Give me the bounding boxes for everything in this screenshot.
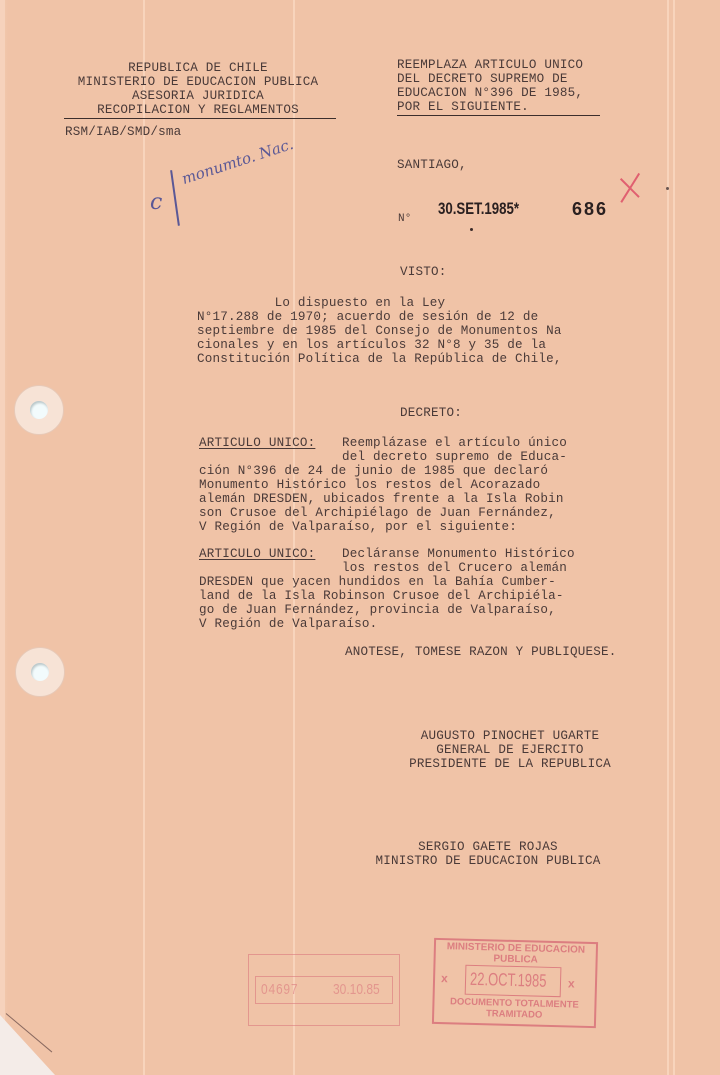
date-stamp: 30.SET.1985* bbox=[438, 199, 519, 219]
article-line: V Región de Valparaíso. bbox=[199, 617, 377, 632]
header-line: MINISTERIO DE EDUCACION PUBLICA bbox=[58, 75, 338, 90]
stamp-date: 30.10.85 bbox=[333, 981, 380, 998]
stamp-footer: DOCUMENTO TOTALMENTE TRAMITADO bbox=[434, 996, 595, 1022]
received-stamp: 04697 30.10.85 bbox=[248, 954, 400, 1026]
visto-line: cionales y en los artículos 32 N°8 y 35 … bbox=[197, 338, 546, 353]
signature-line: SERGIO GAETE ROJAS bbox=[358, 840, 618, 855]
visto-line: N°17.288 de 1970; acuerdo de sesión de 1… bbox=[197, 310, 538, 325]
punch-hole bbox=[14, 385, 64, 435]
header-line: ASESORIA JURIDICA bbox=[58, 89, 338, 104]
article-line: Decláranse Monumento Histórico bbox=[342, 547, 575, 562]
subject-rule bbox=[397, 115, 600, 116]
stamp-mark: x bbox=[441, 971, 448, 985]
place: SANTIAGO, bbox=[397, 158, 467, 173]
paper-fold bbox=[673, 0, 675, 1075]
visto-line: Constitución Política de la República de… bbox=[197, 352, 562, 367]
signature-line: MINISTRO DE EDUCACION PUBLICA bbox=[358, 854, 618, 869]
header-rule bbox=[64, 118, 336, 119]
red-check-mark bbox=[617, 176, 641, 200]
header-line: REPUBLICA DE CHILE bbox=[58, 61, 338, 76]
visto-heading: VISTO: bbox=[400, 265, 447, 280]
decree-number: 686 bbox=[572, 199, 608, 220]
subject-line: EDUCACION N°396 DE 1985, bbox=[397, 86, 583, 101]
visto-line: Lo dispuesto en la Ley bbox=[197, 296, 445, 311]
decreto-heading: DECRETO: bbox=[400, 406, 462, 421]
paper-fold bbox=[143, 0, 145, 1075]
subject-line: POR EL SIGUIENTE. bbox=[397, 100, 529, 115]
document-page: REPUBLICA DE CHILE MINISTERIO DE EDUCACI… bbox=[0, 0, 720, 1075]
article-line: V Región de Valparaíso, por el siguiente… bbox=[199, 520, 517, 535]
number-label: N° bbox=[398, 212, 412, 227]
article-line: Monumento Histórico los restos del Acora… bbox=[199, 478, 540, 493]
signature-line: AUGUSTO PINOCHET UGARTE bbox=[380, 729, 640, 744]
reference-code: RSM/IAB/SMD/sma bbox=[65, 125, 181, 140]
header-line: RECOPILACION Y REGLAMENTOS bbox=[58, 103, 338, 118]
signature-line: PRESIDENTE DE LA REPUBLICA bbox=[380, 757, 640, 772]
punch-hole bbox=[15, 647, 65, 697]
article-line: los restos del Crucero alemán bbox=[342, 561, 567, 576]
article-line: land de la Isla Robinson Crusoe del Arch… bbox=[199, 589, 564, 604]
article-line: alemán DRESDEN, ubicados frente a la Isl… bbox=[199, 492, 564, 507]
article-line: Reemplázase el artículo único bbox=[342, 436, 567, 451]
paper-fold bbox=[667, 0, 669, 1075]
folded-corner bbox=[0, 1015, 55, 1075]
stamp-mark: x bbox=[568, 976, 575, 990]
signature-line: GENERAL DE EJERCITO bbox=[380, 743, 640, 758]
article-line: DRESDEN que yacen hundidos en la Bahía C… bbox=[199, 575, 556, 590]
article-line: son Crusoe del Archipiélago de Juan Fern… bbox=[199, 506, 556, 521]
processed-stamp: MINISTERIO DE EDUCACION PUBLICA x x 22.O… bbox=[432, 938, 598, 1028]
stamp-date: 22.OCT.1985 bbox=[470, 969, 547, 992]
article-label: ARTICULO UNICO: bbox=[199, 547, 315, 562]
stamp-number: 04697 bbox=[261, 981, 298, 998]
stamp-header: MINISTERIO DE EDUCACION PUBLICA bbox=[435, 941, 596, 967]
article-line: go de Juan Fernández, provincia de Valpa… bbox=[199, 603, 556, 618]
article-line: del decreto supremo de Educa- bbox=[342, 450, 567, 465]
subject-line: REEMPLAZA ARTICULO UNICO bbox=[397, 58, 583, 73]
visto-line: septiembre de 1985 del Consejo de Monume… bbox=[197, 324, 562, 339]
subject-line: DEL DECRETO SUPREMO DE bbox=[397, 72, 568, 87]
closing-formula: ANOTESE, TOMESE RAZON Y PUBLIQUESE. bbox=[345, 645, 617, 660]
paper-edge bbox=[0, 0, 5, 1075]
article-label: ARTICULO UNICO: bbox=[199, 436, 315, 451]
article-line: ción N°396 de 24 de junio de 1985 que de… bbox=[199, 464, 548, 479]
paper-fold bbox=[293, 0, 295, 1075]
